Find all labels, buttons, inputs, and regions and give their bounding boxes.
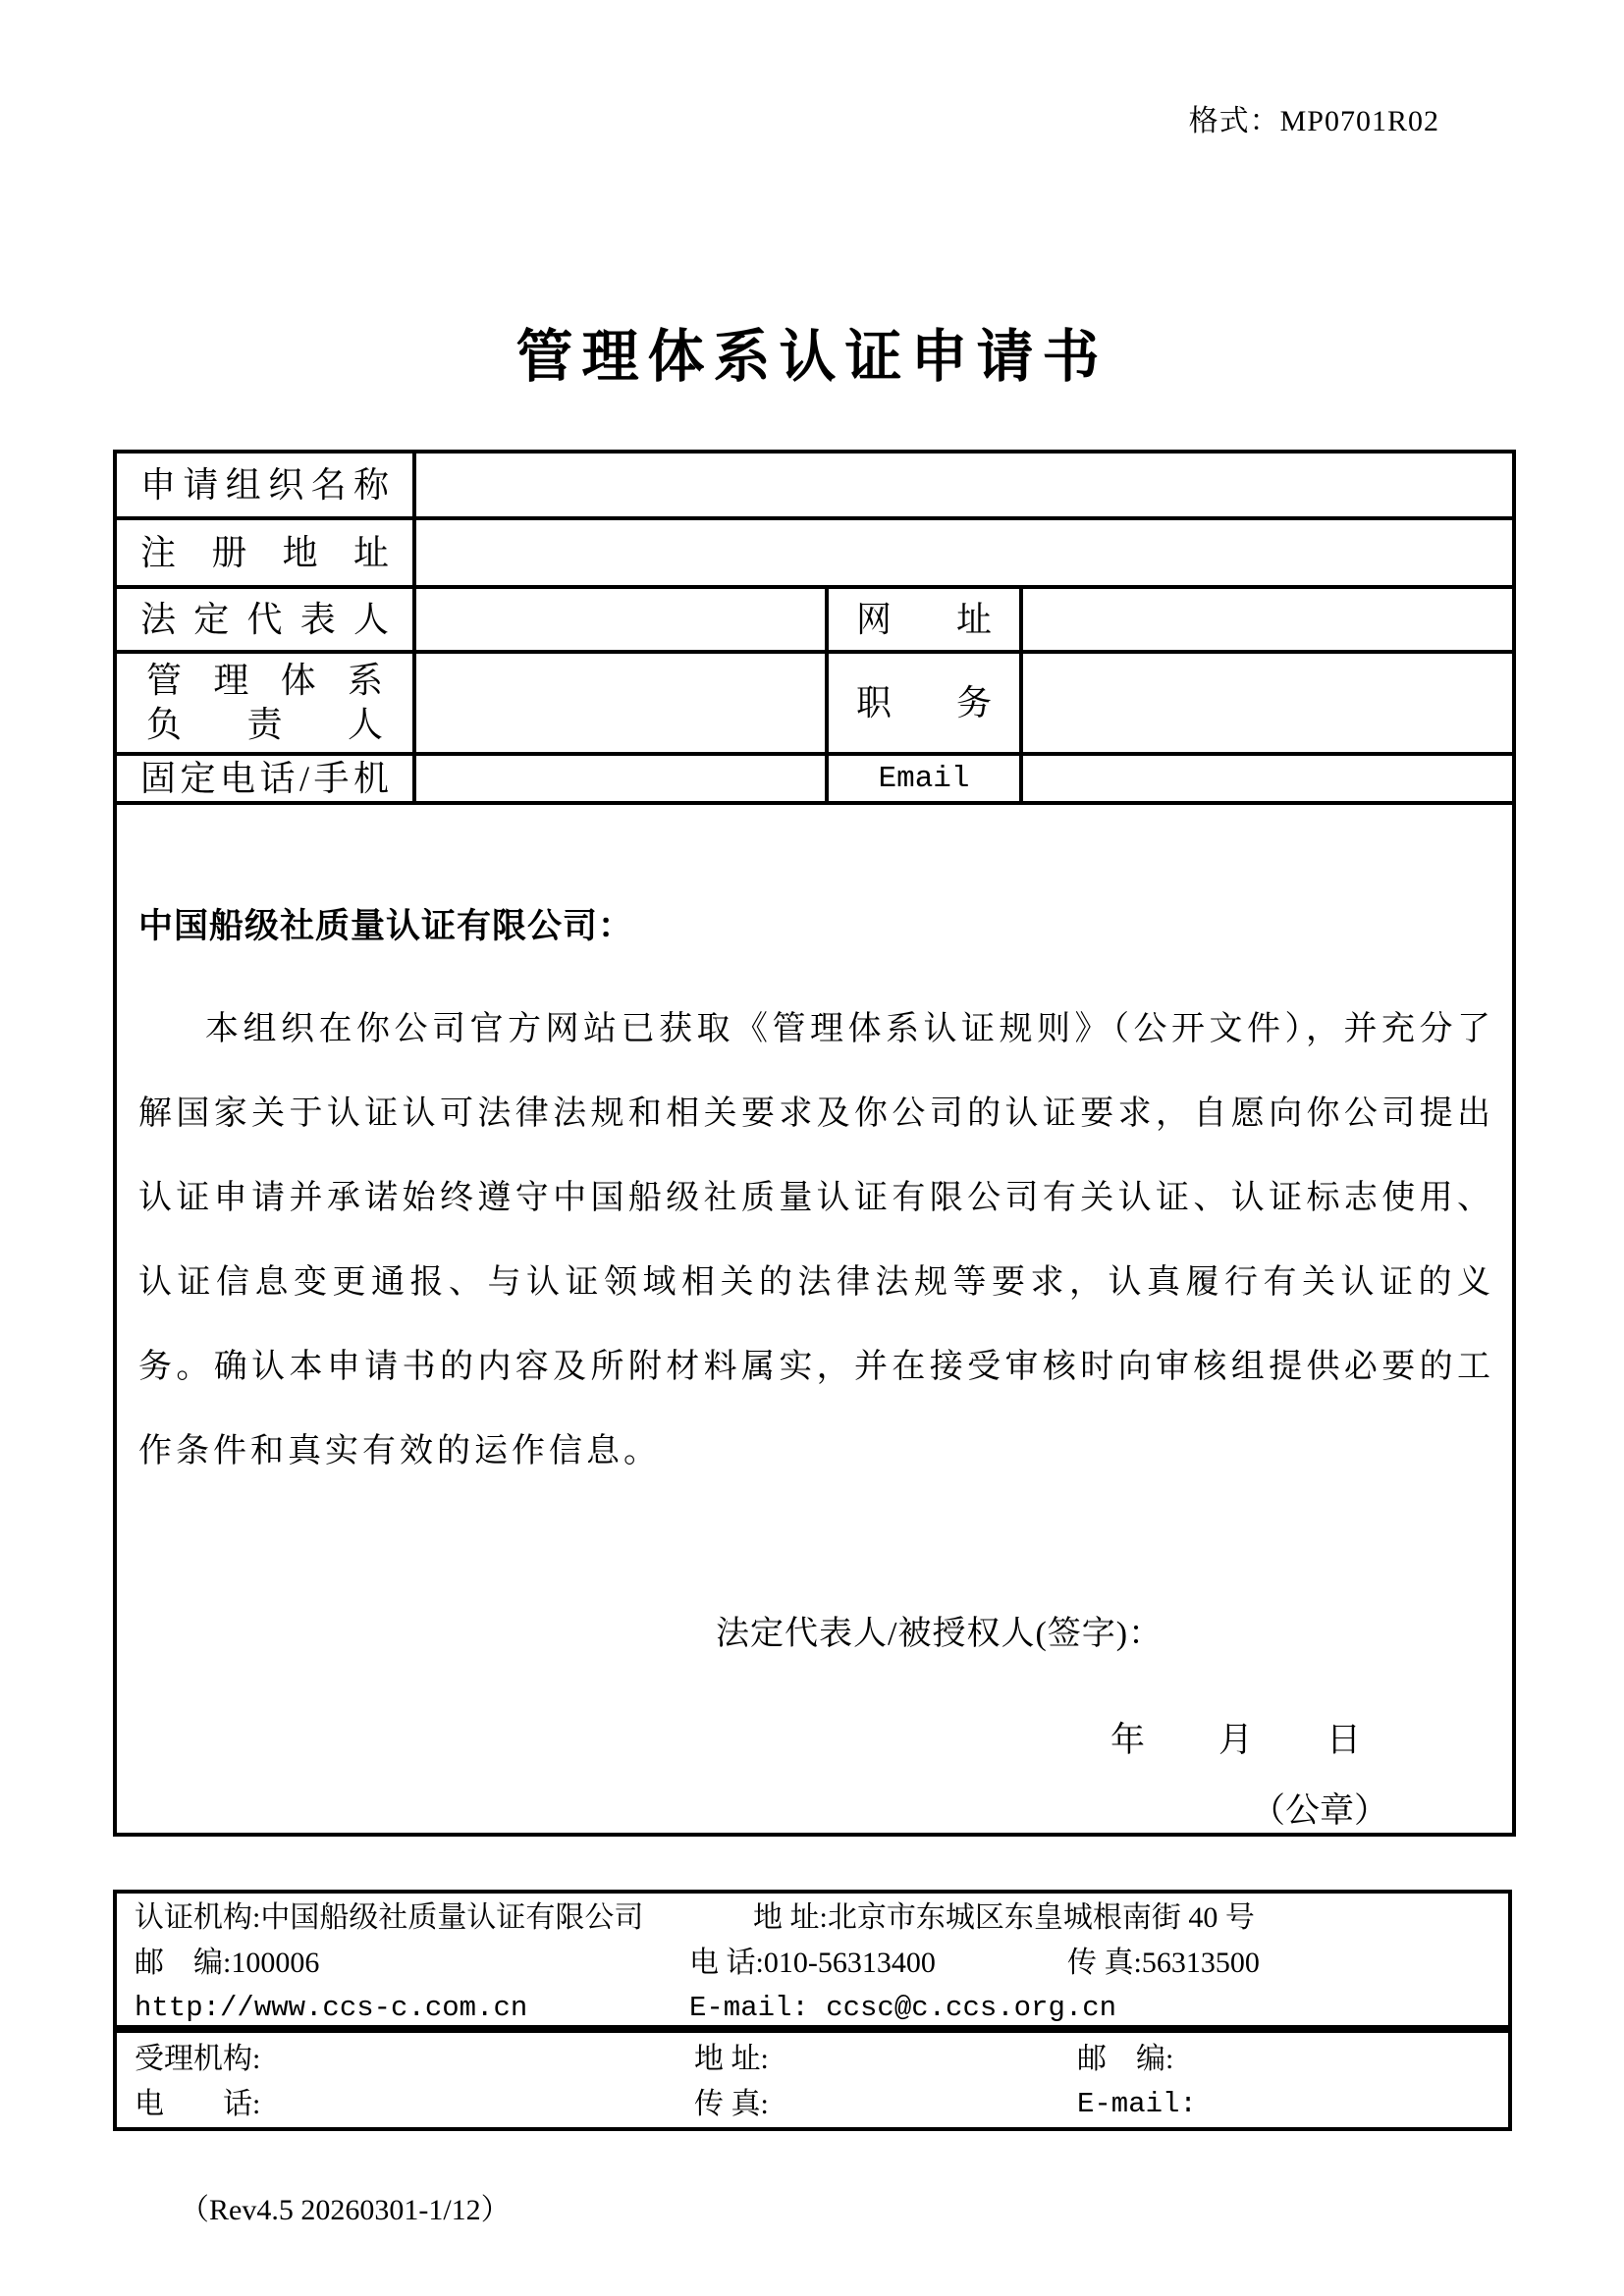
acceptor-address-label: 地 址: <box>694 2037 1077 2082</box>
acceptor-fax-label: 传 真: <box>694 2082 1077 2127</box>
acceptor-line-1: 受理机构: 地 址: 邮 编: <box>117 2037 1508 2082</box>
website-label: 网址 <box>827 587 1021 652</box>
certifier-fax: 传 真:56313500 <box>1067 1941 1260 1986</box>
email-label: Email <box>827 754 1021 803</box>
certifier-address: 地 址:北京市东城区东皇城根南街 40 号 <box>753 1896 1255 1941</box>
legal-representative-label: 法定代表人 <box>115 587 414 652</box>
page-title: 管理体系认证申请书 <box>0 310 1624 393</box>
certifier-agency: 认证机构:中国船级社质量认证有限公司 <box>135 1896 753 1941</box>
table-row: 注册地址 <box>115 518 1514 587</box>
format-code: 格式：MP0701R02 <box>1189 96 1439 139</box>
application-form-page: 格式：MP0701R02 管理体系认证申请书 申请组织名称 注册地址 法定代表人… <box>0 0 1624 2296</box>
certifier-line-2: 邮 编:100006 电 话:010-56313400 传 真:56313500 <box>117 1941 1508 1986</box>
position-field[interactable] <box>1021 652 1514 754</box>
org-name-field[interactable] <box>414 452 1514 518</box>
signature-label: 法定代表人/被授权人(签字)： <box>138 1606 1494 1654</box>
declaration-cell: 中国船级社质量认证有限公司： 本组织在你公司官方网站已获取《管理体系认证规则》（… <box>115 803 1514 1835</box>
table-row: 法定代表人 网址 <box>115 587 1514 652</box>
legal-representative-field[interactable] <box>414 587 827 652</box>
email-field[interactable] <box>1021 754 1514 803</box>
certifier-line-1: 认证机构:中国船级社质量认证有限公司 地 址:北京市东城区东皇城根南街 40 号 <box>117 1896 1508 1941</box>
position-label: 职务 <box>827 652 1021 754</box>
declaration-body: 本组织在你公司官方网站已获取《管理体系认证规则》（公开文件），并充分了解国家关于… <box>138 988 1494 1494</box>
table-row: 申请组织名称 <box>115 452 1514 518</box>
table-row: 管理体系 负责人 职务 <box>115 652 1514 754</box>
ms-manager-label: 管理体系 负责人 <box>115 652 414 754</box>
declaration-row: 中国船级社质量认证有限公司： 本组织在你公司官方网站已获取《管理体系认证规则》（… <box>115 803 1514 1835</box>
seal-label: （公章） <box>138 1784 1494 1833</box>
table-row: 固定电话/手机 Email <box>115 754 1514 803</box>
certifier-website-link[interactable]: http://www.ccs-c.com.cn <box>135 1986 689 2029</box>
registered-address-field[interactable] <box>414 518 1514 587</box>
revision-note: （Rev4.5 20260301-1/12） <box>180 2185 511 2228</box>
acceptor-agency-label: 受理机构: <box>135 2037 694 2082</box>
phone-label: 固定电话/手机 <box>115 754 414 803</box>
acceptor-postcode-label: 邮 编: <box>1077 2037 1173 2082</box>
org-name-label: 申请组织名称 <box>115 452 414 518</box>
certifier-email: E-mail: ccsc@c.ccs.org.cn <box>689 1986 1116 2029</box>
acceptor-email-label: E-mail: <box>1077 2082 1197 2127</box>
certifier-postcode: 邮 编:100006 <box>135 1941 689 1986</box>
accepting-body-info-box: 受理机构: 地 址: 邮 编: 电 话: 传 真: E-mail: <box>113 2029 1512 2131</box>
phone-field[interactable] <box>414 754 827 803</box>
acceptor-phone-label: 电 话: <box>135 2082 694 2127</box>
declaration-salutation: 中国船级社质量认证有限公司： <box>138 899 1494 948</box>
acceptor-line-2: 电 话: 传 真: E-mail: <box>117 2082 1508 2127</box>
ms-manager-field[interactable] <box>414 652 827 754</box>
applicant-info-table: 申请组织名称 注册地址 法定代表人 网址 管理体系 负责人 职务 固定电话/手机… <box>113 450 1516 1837</box>
registered-address-label: 注册地址 <box>115 518 414 587</box>
certification-body-info-box: 认证机构:中国船级社质量认证有限公司 地 址:北京市东城区东皇城根南街 40 号… <box>113 1890 1512 2029</box>
certifier-phone: 电 话:010-56313400 <box>689 1941 1067 1986</box>
website-field[interactable] <box>1021 587 1514 652</box>
certifier-line-3: http://www.ccs-c.com.cn E-mail: ccsc@c.c… <box>117 1986 1508 2029</box>
date-line: 年 月 日 <box>138 1713 1494 1762</box>
